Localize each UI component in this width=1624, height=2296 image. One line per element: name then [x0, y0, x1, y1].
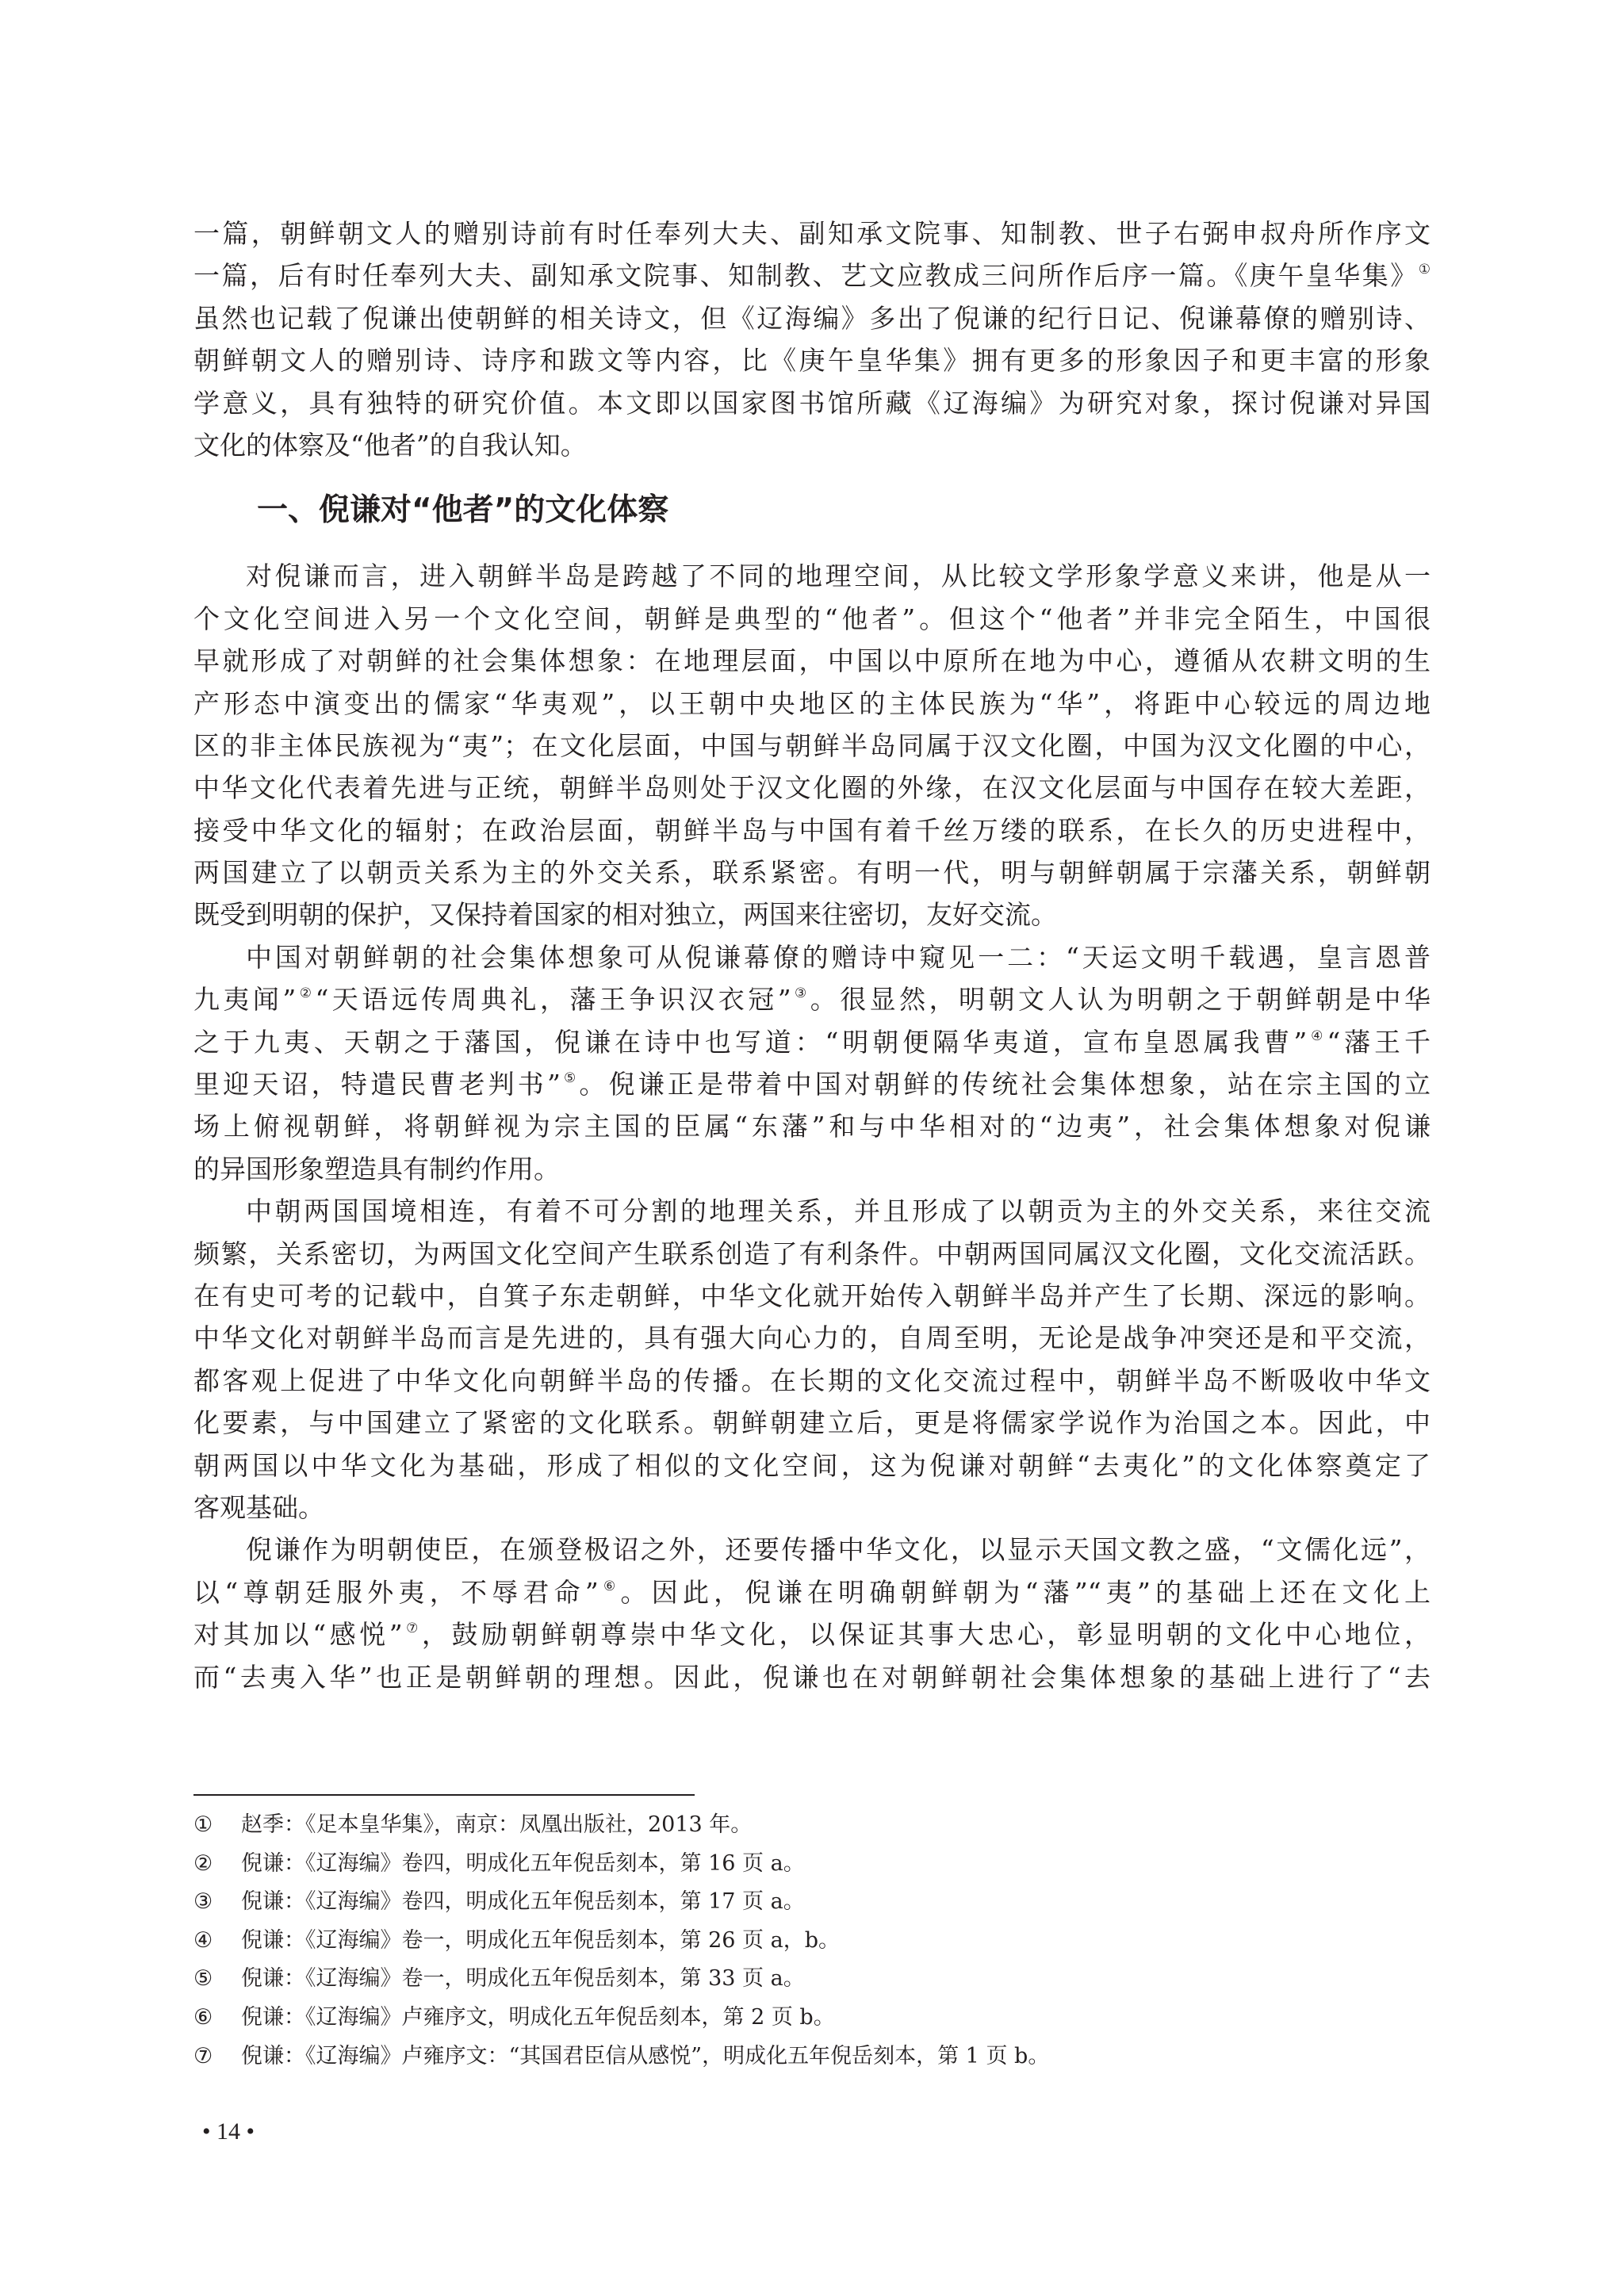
footnote-text: 倪谦：《辽海编》卢雍序文：“其国君臣信从感悦”，明成化五年倪岳刻本，第 1 页 … [241, 2044, 1049, 2068]
footnote-number: ② [193, 1845, 241, 1884]
footnote-item: ②倪谦：《辽海编》卷四，明成化五年倪岳刻本，第 16 页 a。 [193, 1845, 1431, 1884]
text-line: 客观基础。 [193, 1487, 1431, 1529]
footnote-item: ①赵季：《足本皇华集》，南京：凤凰出版社，2013 年。 [193, 1806, 1431, 1845]
footnote-text: 倪谦：《辽海编》卢雍序文，明成化五年倪岳刻本，第 2 页 b。 [241, 2005, 835, 2030]
text-line: 之于九夷、天朝之于藩国，倪谦在诗中也写道：“明朝便隔华夷道，宣布皇恩属我曹”④“… [193, 1021, 1431, 1063]
footnote-text: 倪谦：《辽海编》卷一，明成化五年倪岳刻本，第 33 页 a。 [241, 1966, 805, 1991]
footnote-number: ⑥ [193, 1999, 241, 2038]
text-line: 里迎天诏，特遣民曹老判书”⑤。倪谦正是带着中国对朝鲜的传统社会集体想象，站在宗主… [193, 1063, 1431, 1105]
footnote-number: ④ [193, 1922, 241, 1961]
text-line: 而“去夷入华”也正是朝鲜朝的理想。因此，倪谦也在对朝鲜朝社会集体想象的基础上进行… [193, 1656, 1431, 1698]
text-line: 朝鲜朝文人的赠别诗、诗序和跋文等内容，比《庚午皇华集》拥有更多的形象因子和更丰富… [193, 339, 1431, 381]
text-line: 一篇，后有时任奉列大夫、副知承文院事、知制教、艺文应教成三问所作后序一篇。《庚午… [193, 254, 1431, 297]
text-line: 中华文化代表着先进与正统，朝鲜半岛则处于汉文化圈的外缘，在汉文化层面与中国存在较… [193, 767, 1431, 809]
footnote-text: 赵季：《足本皇华集》，南京：凤凰出版社，2013 年。 [241, 1812, 752, 1837]
paragraph-1: 对倪谦而言，进入朝鲜半岛是跨越了不同的地理空间，从比较文学形象学意义来讲，他是从… [193, 555, 1431, 936]
text-line: 以“尊朝廷服外夷，不辱君命”⑥。因此，倪谦在明确朝鲜朝为“藩”“夷”的基础上还在… [193, 1571, 1431, 1613]
footnote-item: ⑥倪谦：《辽海编》卢雍序文，明成化五年倪岳刻本，第 2 页 b。 [193, 1999, 1431, 2038]
text-line: 对其加以“感悦”⑦，鼓励朝鲜朝尊崇中华文化，以保证其事大忠心，彰显明朝的文化中心… [193, 1613, 1431, 1655]
footnote-ref-5[interactable]: ⑤ [561, 1070, 580, 1086]
text-line: 的异国形象塑造具有制约作用。 [193, 1148, 1431, 1190]
footnote-item: ⑦倪谦：《辽海编》卢雍序文：“其国君臣信从感悦”，明成化五年倪岳刻本，第 1 页… [193, 2038, 1431, 2076]
footnote-ref-1[interactable]: ① [1419, 262, 1431, 277]
footnote-item: ③倪谦：《辽海编》卷四，明成化五年倪岳刻本，第 17 页 a。 [193, 1883, 1431, 1922]
footnote-item: ⑤倪谦：《辽海编》卷一，明成化五年倪岳刻本，第 33 页 a。 [193, 1960, 1431, 1999]
text-line: 场上俯视朝鲜，将朝鲜视为宗主国的臣属“东藩”和与中华相对的“边夷”，社会集体想象… [193, 1105, 1431, 1147]
text-line: 虽然也记载了倪谦出使朝鲜的相关诗文，但《辽海编》多出了倪谦的纪行日记、倪谦幕僚的… [193, 297, 1431, 339]
footnote-ref-2[interactable]: ② [296, 985, 315, 1001]
text-line: 九夷闻”②“天语远传周典礼，藩王争识汉衣冠”③。很显然，明朝文人认为明朝之于朝鲜… [193, 978, 1431, 1020]
footnote-number: ① [193, 1806, 241, 1845]
text-line: 接受中华文化的辐射；在政治层面，朝鲜半岛与中国有着千丝万缕的联系，在长久的历史进… [193, 809, 1431, 851]
text-line: 化要素，与中国建立了紧密的文化联系。朝鲜朝建立后，更是将儒家学说作为治国之本。因… [193, 1402, 1431, 1444]
paragraph-3: 中朝两国国境相连，有着不可分割的地理关系，并且形成了以朝贡为主的外交关系，来往交… [193, 1190, 1431, 1529]
footnote-number: ⑤ [193, 1960, 241, 1999]
text-line: 中国对朝鲜朝的社会集体想象可从倪谦幕僚的赠诗中窥见一二：“天运文明千载遇，皇言恩… [193, 936, 1431, 978]
text-line: 早就形成了对朝鲜的社会集体想象：在地理层面，中国以中原所在地为中心，遵循从农耕文… [193, 640, 1431, 682]
text-line: 产形态中演变出的儒家“华夷观”，以王朝中央地区的主体民族为“华”，将距中心较远的… [193, 683, 1431, 725]
text-line: 中华文化对朝鲜半岛而言是先进的，具有强大向心力的，自周至明，无论是战争冲突还是和… [193, 1317, 1431, 1359]
intro-paragraph: 一篇，朝鲜朝文人的赠别诗前有时任奉列大夫、副知承文院事、知制教、世子右弼申叔舟所… [193, 212, 1431, 466]
footnote-ref-6[interactable]: ⑥ [599, 1578, 621, 1594]
text-line: 既受到明朝的保护，又保持着国家的相对独立，两国来往密切，友好交流。 [193, 894, 1431, 936]
text-line: 频繁，关系密切，为两国文化空间产生联系创造了有利条件。中朝两国同属汉文化圈，文化… [193, 1233, 1431, 1275]
text-line: 文化的体察及“他者”的自我认知。 [193, 424, 1431, 466]
text-line: 个文化空间进入另一个文化空间，朝鲜是典型的“他者”。但这个“他者”并非完全陌生，… [193, 598, 1431, 640]
article-body: 一篇，朝鲜朝文人的赠别诗前有时任奉列大夫、副知承文院事、知制教、世子右弼申叔舟所… [193, 212, 1431, 1698]
footnote-divider [193, 1794, 695, 1796]
section-heading: 一、倪谦对“他者”的文化体察 [193, 473, 1431, 549]
page-number: • 14 • [202, 2118, 255, 2145]
text-line: 都客观上促进了中华文化向朝鲜半岛的传播。在长期的文化交流过程中，朝鲜半岛不断吸收… [193, 1360, 1431, 1402]
footnote-ref-4[interactable]: ④ [1307, 1028, 1327, 1044]
footnote-number: ③ [193, 1883, 241, 1922]
footnote-text: 倪谦：《辽海编》卷四，明成化五年倪岳刻本，第 16 页 a。 [241, 1851, 805, 1876]
text-line: 朝两国以中华文化为基础，形成了相似的文化空间，这为倪谦对朝鲜“去夷化”的文化体察… [193, 1445, 1431, 1487]
text-line: 两国建立了以朝贡关系为主的外交关系，联系紧密。有明一代，明与朝鲜朝属于宗藩关系，… [193, 851, 1431, 894]
footnote-text: 倪谦：《辽海编》卷四，明成化五年倪岳刻本，第 17 页 a。 [241, 1889, 805, 1914]
footnote-item: ④倪谦：《辽海编》卷一，明成化五年倪岳刻本，第 26 页 a，b。 [193, 1922, 1431, 1961]
footnote-ref-3[interactable]: ③ [791, 985, 810, 1001]
paragraph-2: 中国对朝鲜朝的社会集体想象可从倪谦幕僚的赠诗中窥见一二：“天运文明千载遇，皇言恩… [193, 936, 1431, 1190]
paragraph-4: 倪谦作为明朝使臣，在颁登极诏之外，还要传播中华文化，以显示天国文教之盛，“文儒化… [193, 1529, 1431, 1698]
footnote-number: ⑦ [193, 2038, 241, 2076]
text-line: 中朝两国国境相连，有着不可分割的地理关系，并且形成了以朝贡为主的外交关系，来往交… [193, 1190, 1431, 1232]
footnote-ref-7[interactable]: ⑦ [403, 1621, 422, 1636]
text-line: 在有史可考的记载中，自箕子东走朝鲜，中华文化就开始传入朝鲜半岛并产生了长期、深远… [193, 1275, 1431, 1317]
text-line: 倪谦作为明朝使臣，在颁登极诏之外，还要传播中华文化，以显示天国文教之盛，“文儒化… [193, 1529, 1431, 1571]
footnotes: ①赵季：《足本皇华集》，南京：凤凰出版社，2013 年。 ②倪谦：《辽海编》卷四… [193, 1806, 1431, 2076]
text-line: 对倪谦而言，进入朝鲜半岛是跨越了不同的地理空间，从比较文学形象学意义来讲，他是从… [193, 555, 1431, 597]
text-line: 学意义，具有独特的研究价值。本文即以国家图书馆所藏《辽海编》为研究对象，探讨倪谦… [193, 382, 1431, 424]
text-line: 区的非主体民族视为“夷”；在文化层面，中国与朝鲜半岛同属于汉文化圈，中国为汉文化… [193, 725, 1431, 767]
footnote-text: 倪谦：《辽海编》卷一，明成化五年倪岳刻本，第 26 页 a，b。 [241, 1928, 840, 1953]
text-line: 一篇，朝鲜朝文人的赠别诗前有时任奉列大夫、副知承文院事、知制教、世子右弼申叔舟所… [193, 212, 1431, 254]
